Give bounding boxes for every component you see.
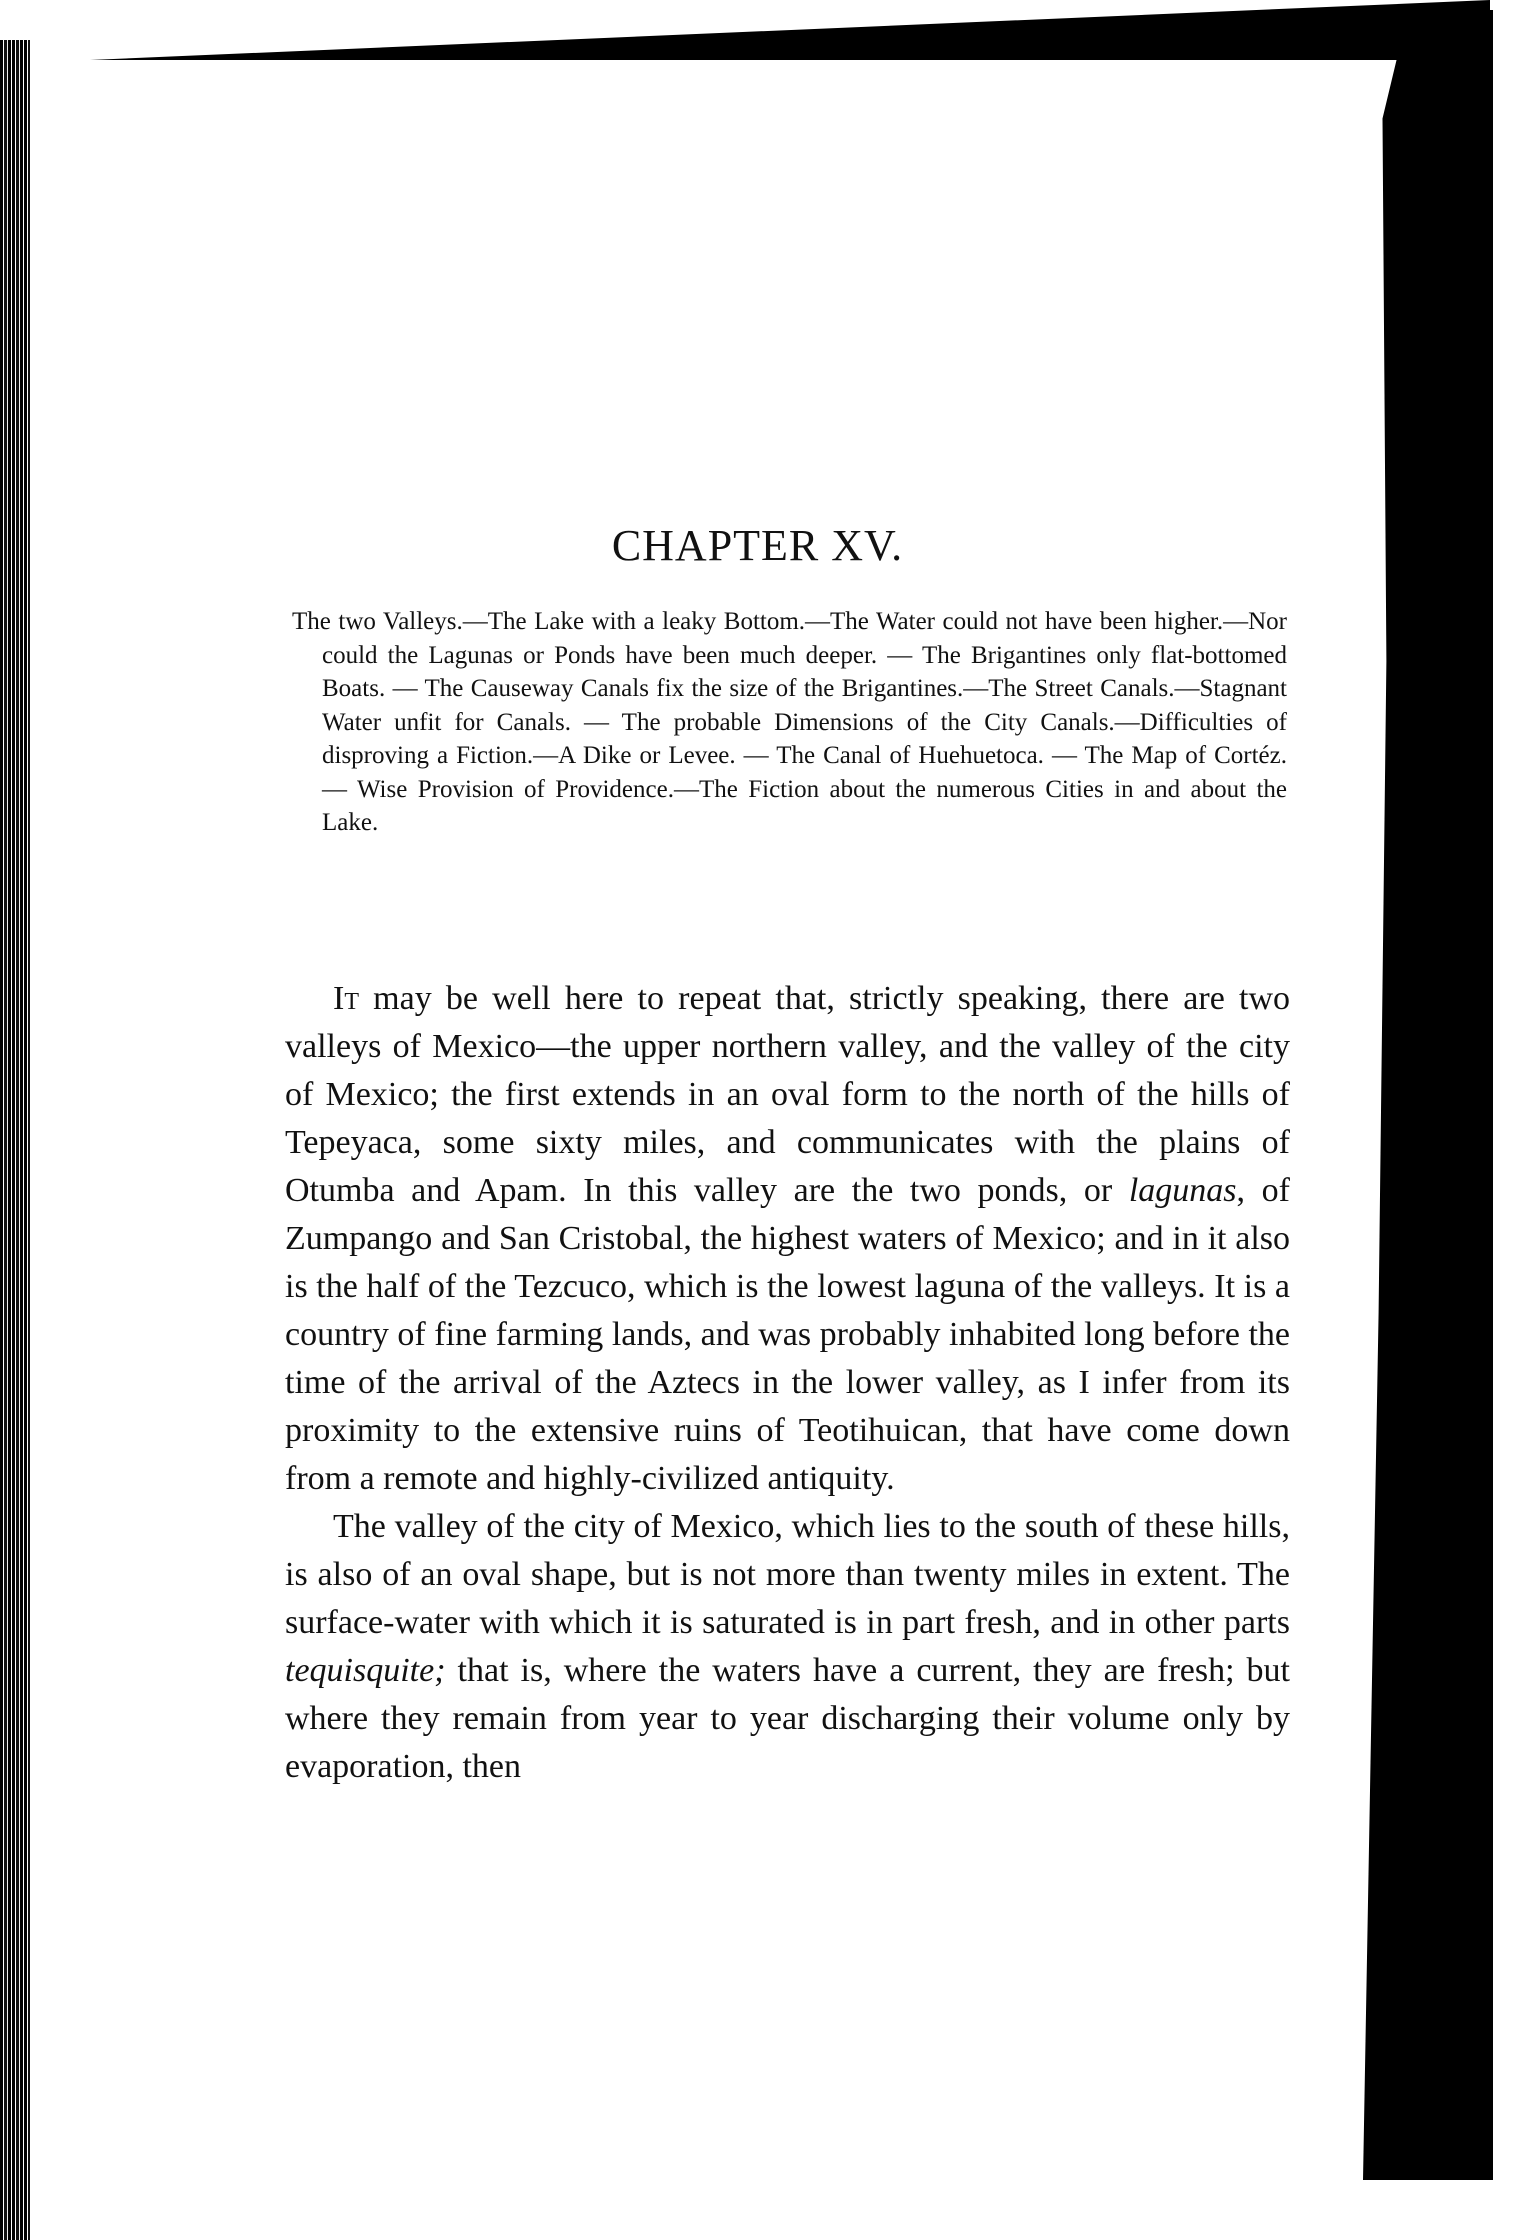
body-text: It may be well here to repeat that, stri…: [285, 975, 1290, 1791]
dropcap-word: It: [333, 980, 359, 1017]
chapter-title: CHAPTER XV.: [0, 520, 1515, 571]
page-right-shadow: [1363, 10, 1493, 2180]
paragraph-text: , of Zumpango and San Cristobal, the hig…: [285, 1172, 1290, 1497]
page-top-shadow: [90, 0, 1490, 60]
paragraph-text: The valley of the city of Mexico, which …: [285, 1508, 1290, 1641]
book-spine-edge: [0, 40, 30, 2240]
italic-term: tequisquite;: [285, 1652, 446, 1689]
chapter-summary: The two Valleys.—The Lake with a leaky B…: [292, 605, 1287, 840]
italic-term: lagunas: [1129, 1172, 1237, 1209]
paragraph-2: The valley of the city of Mexico, which …: [285, 1503, 1290, 1791]
paragraph-1: It may be well here to repeat that, stri…: [285, 975, 1290, 1503]
